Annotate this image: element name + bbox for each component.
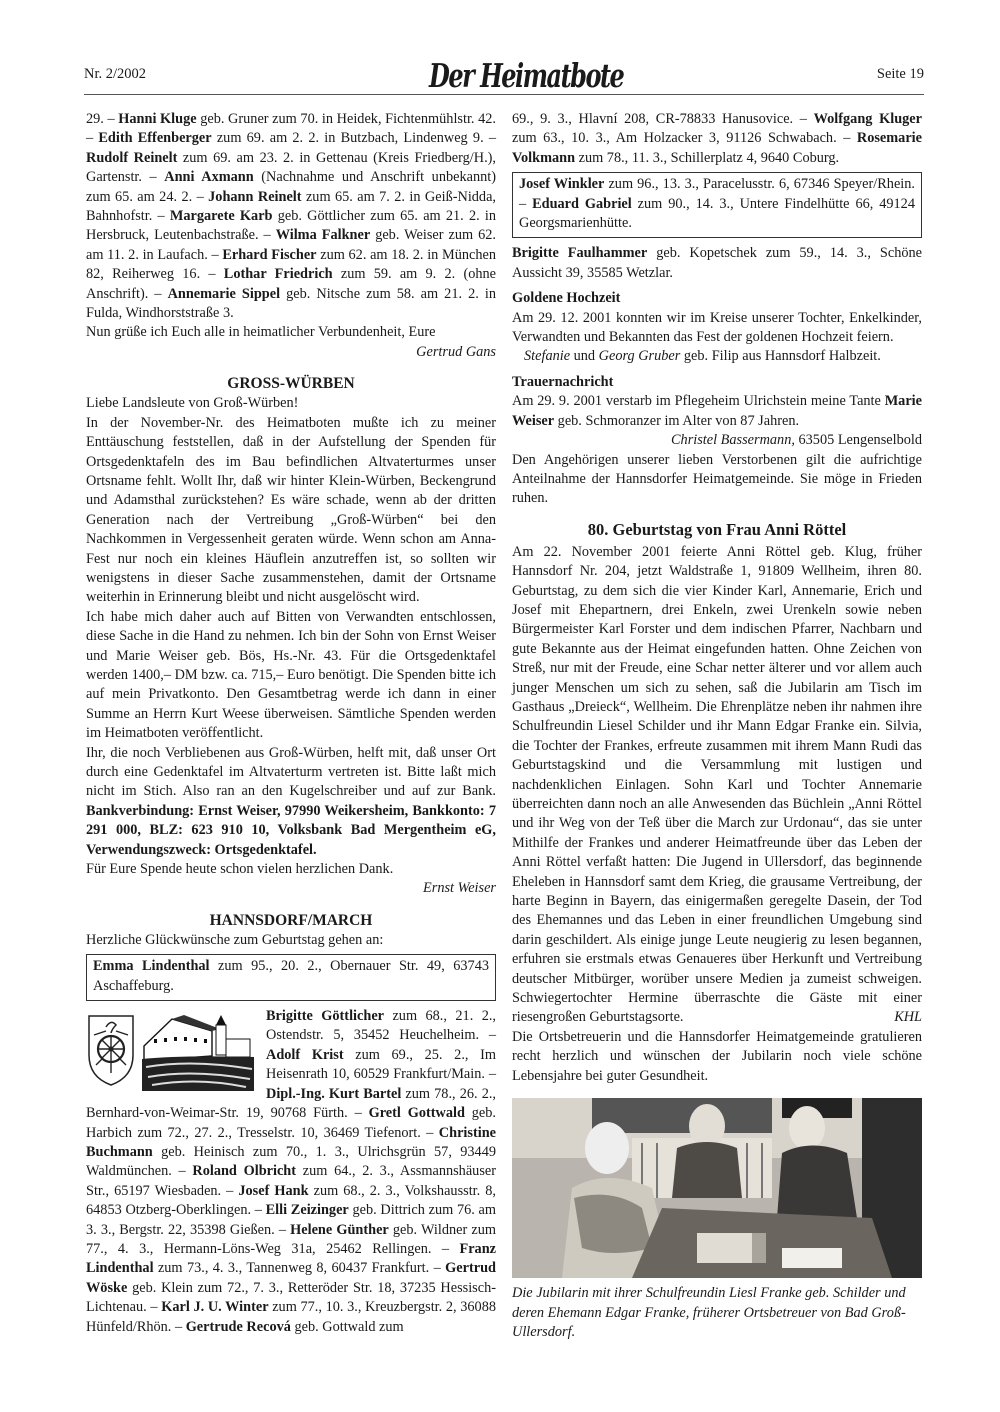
page-header: Nr. 2/2002 Der Heimatbote Seite 19 [84, 58, 924, 95]
birthday-list: Brigitte Göttlicher zum 68., 21. 2., Ost… [86, 1007, 496, 1337]
person-name: Margarete Karb [170, 208, 273, 224]
article-closing: Die Ortsbetreuerin und die Hannsdorfer H… [512, 1028, 922, 1086]
text-run: zum 78., 11. 3., Schillerplatz 4, 9640 C… [575, 150, 839, 166]
person-name: Wilma Falkner [276, 227, 371, 243]
golden-wedding-text: Am 29. 12. 2001 konnten wir im Kreise un… [512, 309, 922, 348]
person-name: Hanni Kluge [118, 111, 196, 127]
person-name: Adolf Krist [266, 1047, 344, 1063]
person-name: Gertrude Recová [186, 1319, 291, 1335]
person-name: Anni Axmann [164, 169, 253, 185]
text-run: zum 69. am 2. 2. in Butzbach, Lindenweg … [212, 130, 496, 146]
person-name: Karl J. U. Winter [161, 1299, 268, 1315]
birthday-list-continued: 29. – Hanni Kluge geb. Gruner zum 70. in… [86, 110, 496, 323]
highlight-box: Josef Winkler zum 96., 13. 3., Paracelus… [512, 172, 922, 238]
section-title-hannsdorf-march: HANNSDORF/MARCH [86, 911, 496, 931]
text-run: 29. – [86, 111, 118, 127]
left-column: 29. – Hanni Kluge geb. Gruner zum 70. in… [86, 110, 496, 1337]
person-name: Josef Hank [238, 1183, 308, 1199]
photo-caption: Die Jubilarin mit ihrer Schulfreundin Li… [512, 1284, 922, 1342]
paragraph-bank-details: Ihr, die noch Verbliebenen aus Groß-Würb… [86, 744, 496, 860]
text-run: Am 29. 9. 2001 verstarb im Pflegeheim Ul… [512, 393, 885, 409]
birthday-entry: Brigitte Faulhammer geb. Kopetschek zum … [512, 244, 922, 283]
person-name: Josef Winkler [519, 176, 604, 192]
italic-name: Georg Gruber [599, 348, 681, 364]
obituary-signature: Christel Bassermann, 63505 Lengenselbold [512, 431, 922, 450]
text-run: geb. Schmoranzer im Alter von 87 Jahren. [554, 413, 799, 429]
person-name: Helene Günther [290, 1222, 389, 1238]
salutation: Liebe Landsleute von Groß-Würben! [86, 394, 496, 413]
birthday-list-continued: 69., 9. 3., Hlavní 208, CR-78833 Hanusov… [512, 110, 922, 168]
castle-illustration [142, 1011, 254, 1091]
page-number: Seite 19 [877, 66, 924, 83]
text-run: und [570, 348, 599, 364]
highlight-box: Emma Lindenthal zum 95., 20. 2., Obernau… [86, 954, 496, 1001]
illustrations [86, 1011, 258, 1097]
issue-number: Nr. 2/2002 [84, 66, 146, 83]
person-name: Eduard Gabriel [532, 196, 632, 212]
bank-details: Bankverbindung: Ernst Weiser, 97990 Weik… [86, 803, 496, 858]
article-body: Am 22. November 2001 feierte Anni Röttel… [512, 543, 922, 1028]
masthead-logo: Der Heimatbote [429, 56, 623, 95]
person-name: Rudolf Reinelt [86, 150, 177, 166]
person-name: Erhard Fischer [222, 247, 316, 263]
signature-gertrud-gans: Gertrud Gans [86, 343, 496, 362]
person-name: Brigitte Faulhammer [512, 245, 647, 261]
subheading-golden-wedding: Goldene Hochzeit [512, 289, 922, 308]
text-run: 69., 9. 3., Hlavní 208, CR-78833 Hanusov… [512, 111, 814, 127]
section-intro: Herzliche Glückwünsche zum Geburtstag ge… [86, 931, 496, 950]
text-run: geb. Filip aus Hannsdorf Halbzeit. [680, 348, 881, 364]
text-run: geb. Gottwald zum [291, 1319, 404, 1335]
signature-ernst-weiser: Ernst Weiser [86, 879, 496, 898]
section-title-gross-wuerben: GROSS-WÜRBEN [86, 374, 496, 394]
condolence-text: Den Angehörigen unserer lieben Verstorbe… [512, 451, 922, 509]
obituary-text: Am 29. 9. 2001 verstarb im Pflegeheim Ul… [512, 392, 922, 431]
italic-name: Stefanie [524, 348, 570, 364]
coat-of-arms-icon [86, 1013, 136, 1087]
person-name: Gretl Gottwald [369, 1105, 465, 1121]
person-name: Johann Reinelt [208, 189, 301, 205]
paragraph: Ich habe mich daher auch auf Bitten von … [86, 608, 496, 744]
person-name: Elli Zeizinger [266, 1202, 349, 1218]
right-column: 69., 9. 3., Hlavní 208, CR-78833 Hanusov… [512, 110, 922, 1342]
text-run: zum 73., 4. 3., Tannenweg 8, 60437 Frank… [154, 1260, 446, 1276]
golden-wedding-signature: Stefanie und Georg Gruber geb. Filip aus… [512, 347, 922, 366]
person-name: Wolfgang Kluger [814, 111, 922, 127]
article-author: KHL [894, 1008, 922, 1027]
thanks: Für Eure Spende heute schon vielen herzl… [86, 860, 496, 879]
person-name: Lothar Friedrich [224, 266, 333, 282]
subheading-obituary: Trauernachricht [512, 373, 922, 392]
person-name: Brigitte Göttlicher [266, 1008, 384, 1024]
person-name: Dipl.-Ing. Kurt Bartel [266, 1086, 401, 1102]
article-title: 80. Geburtstag von Frau Anni Röttel [512, 519, 922, 541]
person-name: Emma Lindenthal [93, 958, 210, 974]
photo-jubilee [512, 1098, 922, 1278]
person-name: Roland Olbricht [192, 1163, 296, 1179]
text-run: zum 63., 10. 3., Am Holzacker 3, 91126 S… [512, 130, 857, 146]
person-name: Annemarie Sippel [168, 286, 280, 302]
photo-image [512, 1098, 922, 1278]
greeting: Nun grüße ich Euch alle in heimatlicher … [86, 323, 496, 342]
paragraph: In der November-Nr. des Heimatboten mußt… [86, 414, 496, 608]
person-name: Edith Effenberger [98, 130, 211, 146]
